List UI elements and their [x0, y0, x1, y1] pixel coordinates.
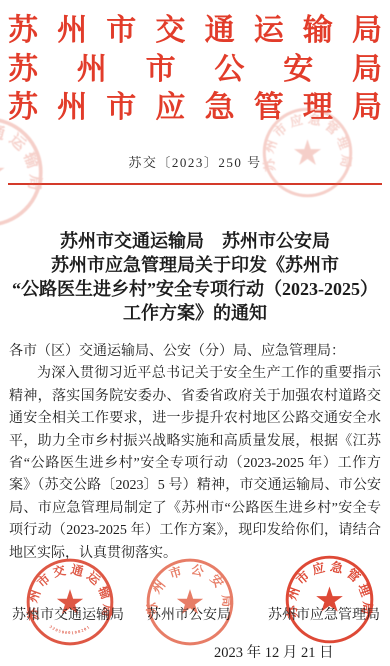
document-title: 苏州市交通运输局 苏州市公安局 苏州市应急管理局关于印发《苏州市 “公路医生进乡…	[6, 229, 384, 325]
svg-text:3205000108201: 3205000108201	[49, 624, 92, 635]
signature-emergency-bureau: 苏州市应急管理局	[264, 604, 384, 624]
seal-transport-bureau: 苏州市交通运输局 3205000108201	[24, 556, 116, 648]
title-line-2: 苏州市应急管理局关于印发《苏州市	[6, 253, 384, 277]
letterhead-agency-police: 苏州市公安局	[8, 51, 382, 90]
letterhead-agency-transport: 苏州市交通运输局	[8, 12, 382, 51]
salutation-line: 各市（区）交通运输局、公安（分）局、应急管理局：	[9, 341, 381, 363]
seal-police-bureau: 苏州市公安局	[144, 556, 236, 648]
official-document-page: 苏州市交通运输局 苏州市应急管理局 苏州市交通运输局 苏州市公安局 苏州市应急管…	[0, 0, 390, 666]
body-paragraph: 为深入贯彻习近平总书记关于安全生产工作的重要指示精神，落实国务院安委办、省委省政…	[9, 363, 381, 565]
title-line-4: 工作方案》的通知	[6, 301, 384, 325]
document-date: 2023 年 12 月 21 日	[214, 641, 334, 662]
signature-police-bureau: 苏州市公安局	[146, 604, 232, 624]
faint-seal-star	[294, 139, 321, 165]
document-body: 各市（区）交通运输局、公安（分）局、应急管理局： 为深入贯彻习近平总书记关于安全…	[9, 341, 381, 565]
faint-seal-star	[0, 156, 5, 187]
title-line-3: “公路医生进乡村”安全专项行动（2023-2025）	[6, 277, 384, 301]
faint-seal-left: 苏州市交通运输局	[0, 114, 46, 230]
signature-transport-bureau: 苏州市交通运输局	[12, 604, 124, 624]
seal-emergency-bureau: 苏州市应急管理局	[283, 553, 376, 646]
faint-seal-top-right: 苏州市应急管理局	[260, 105, 355, 200]
title-line-1: 苏州市交通运输局 苏州市公安局	[6, 229, 384, 253]
